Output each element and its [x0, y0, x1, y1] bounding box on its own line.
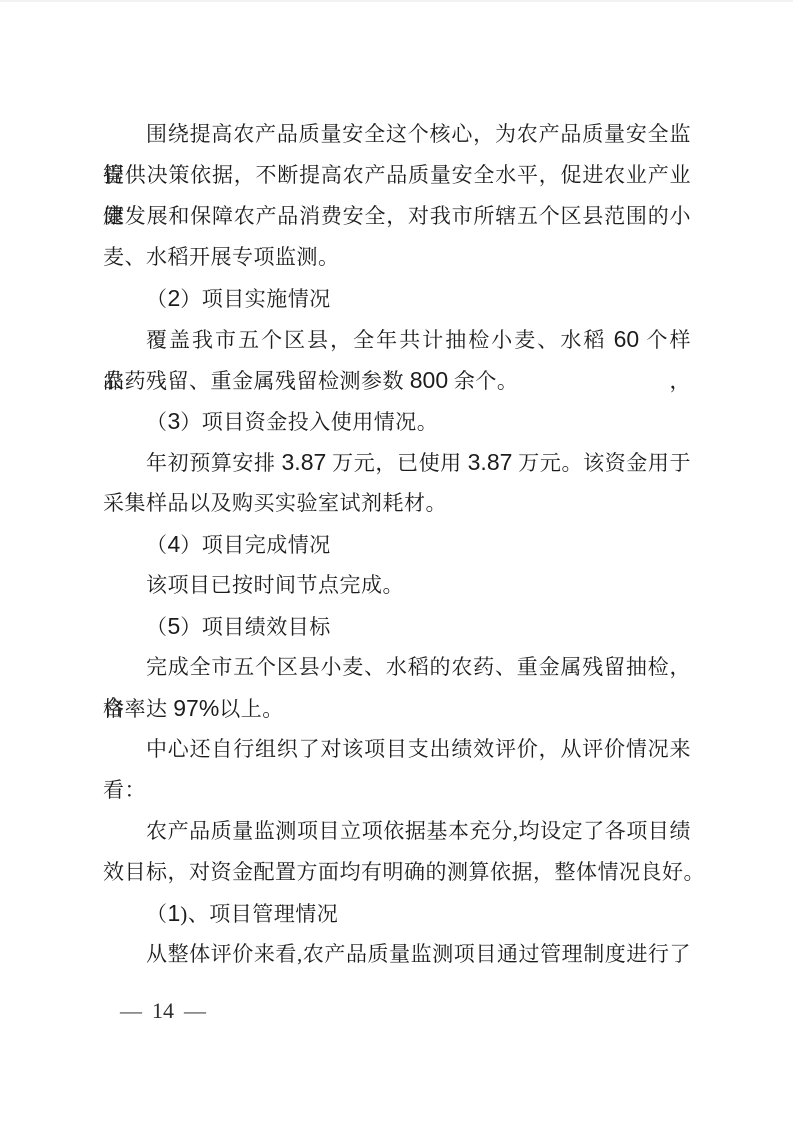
numeric-text: 4: [168, 531, 181, 557]
text-line: 完成全市五个区县小麦、水稻的农药、重金属残留抽检，合: [103, 647, 691, 688]
footer-dash-right: —: [184, 998, 206, 1023]
text-line: 看：: [103, 770, 691, 811]
text-line: 提供决策依据，不断提高农产品质量安全水平，促进农业产业健: [103, 155, 691, 196]
numeric-text: 3.87: [468, 449, 513, 475]
numeric-text: 5: [168, 613, 181, 639]
text-line: 中心还自行组织了对该项目支出绩效评价，从评价情况来: [103, 729, 691, 770]
text-line: 康发展和保障农产品消费安全，对我市所辖五个区县范围的小: [103, 196, 691, 237]
text-line: 麦、水稻开展专项监测。: [103, 237, 691, 278]
text-line: （5）项目绩效目标: [103, 606, 691, 647]
text-line: （2）项目实施情况: [103, 278, 691, 319]
numeric-text: 3: [168, 408, 181, 434]
text-line: 围绕提高农产品质量安全这个核心，为农产品质量安全监管: [103, 114, 691, 155]
numeric-text: 60: [614, 326, 640, 352]
document-page: 围绕提高农产品质量安全这个核心，为农产品质量安全监管提供决策依据，不断提高农产品…: [0, 0, 793, 1122]
text-line: 格率达 97%以上。: [103, 688, 691, 729]
numeric-text: 2: [168, 285, 181, 311]
numeric-text: 800: [410, 367, 448, 393]
page-footer: —14—: [120, 996, 206, 1026]
text-line: 采集样品以及购买实验室试剂耗材。: [103, 483, 691, 524]
text-line: （1)、项目管理情况: [103, 893, 691, 934]
text-line: 该项目已按时间节点完成。: [103, 565, 691, 606]
text-block: 围绕提高农产品质量安全这个核心，为农产品质量安全监管提供决策依据，不断提高农产品…: [103, 114, 691, 975]
text-line: 效目标，对资金配置方面均有明确的测算依据，整体情况良好。: [103, 852, 691, 893]
text-line: 覆盖我市五个区县，全年共计抽检小麦、水稻 60 个样品，: [103, 319, 691, 360]
text-line: 从整体评价来看,农产品质量监测项目通过管理制度进行了: [103, 934, 691, 975]
text-line: （4）项目完成情况: [103, 524, 691, 565]
page-number: 14: [152, 998, 174, 1023]
text-line: 年初预算安排 3.87 万元，已使用 3.87 万元。该资金用于: [103, 442, 691, 483]
numeric-text: 3.87: [282, 449, 327, 475]
text-line: （3）项目资金投入使用情况。: [103, 401, 691, 442]
numeric-text: 97%: [173, 695, 219, 721]
footer-dash-left: —: [120, 998, 142, 1023]
numeric-text: 1: [168, 900, 181, 926]
text-line: 农产品质量监测项目立项依据基本充分,均设定了各项目绩: [103, 811, 691, 852]
